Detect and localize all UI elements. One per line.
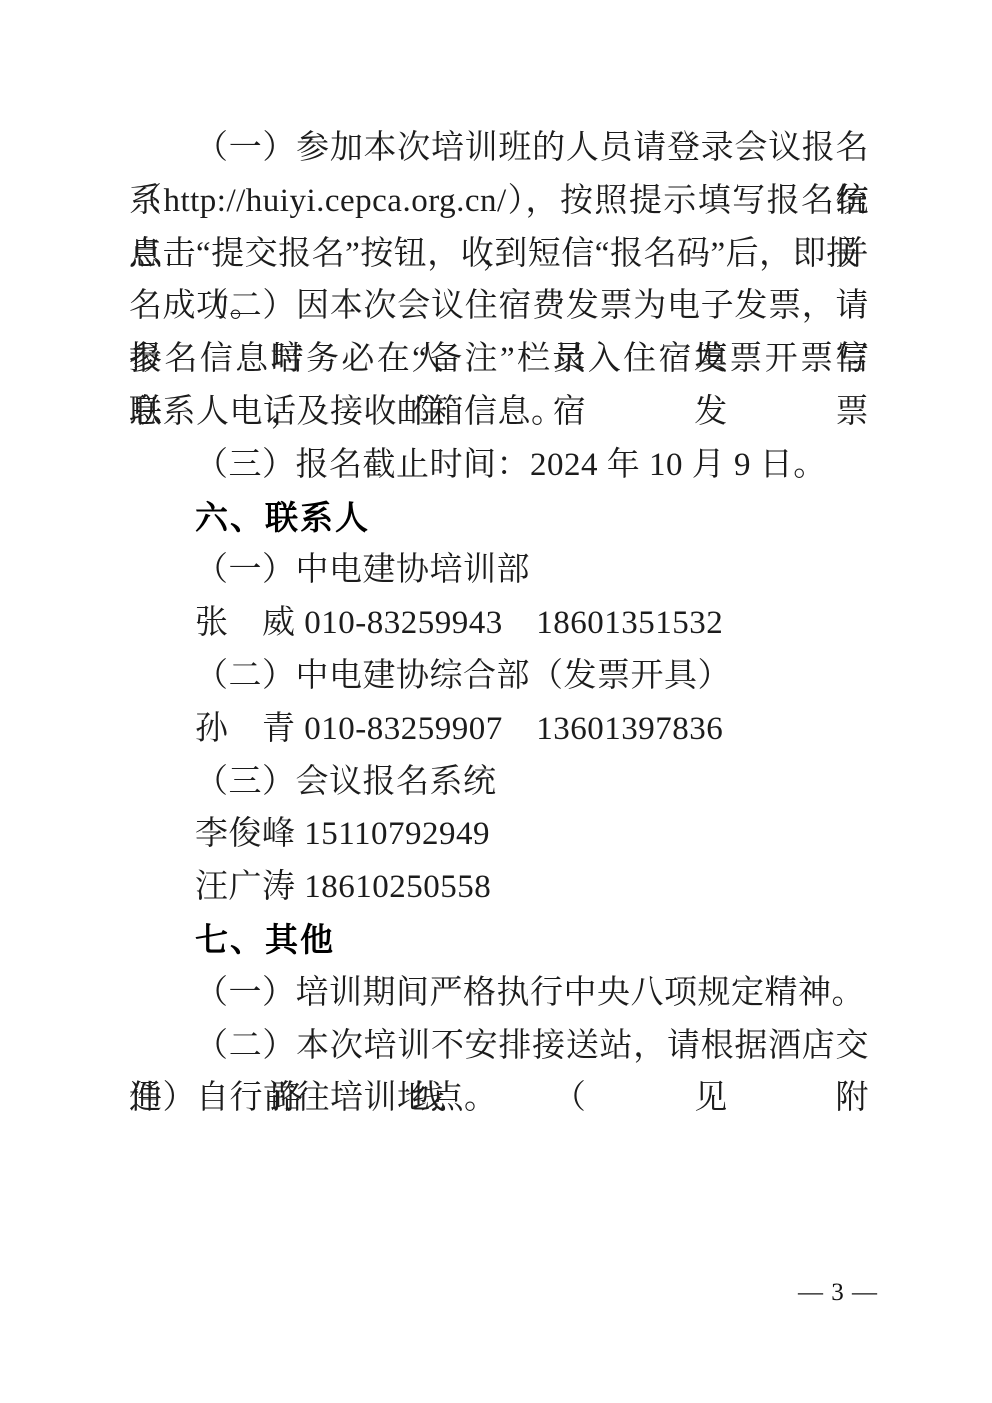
document-body: （一）参加本次培训班的人员请登录会议报名系统 （http://huiyi.cep… [129, 122, 869, 1125]
contact-line: 孙 青 010-83259907 13601397836 [129, 703, 869, 756]
text-line: （二）中电建协综合部（发票开具） [129, 650, 869, 703]
text-line: （一）培训期间严格执行中央八项规定精神。 [129, 967, 869, 1020]
text-line: 点击“提交报名”按钮，收到短信“报名码”后，即报名成功。 [129, 228, 869, 281]
text-line: 报名信息时务必在“备注”栏录入住宿发票开票信息，住宿发票 [129, 333, 869, 386]
text-line: （一）参加本次培训班的人员请登录会议报名系统 [129, 122, 869, 175]
contact-line: 李俊峰 15110792949 [129, 808, 869, 861]
text-line: （二）因本次会议住宿费发票为电子发票，请参培人员填写 [129, 280, 869, 333]
section-heading-other: 七、其他 [129, 914, 869, 967]
contact-line: 汪广涛 18610250558 [129, 861, 869, 914]
text-line: （二）本次培训不安排接送站，请根据酒店交通路线（见附 [129, 1020, 869, 1073]
text-line: （一）中电建协培训部 [129, 544, 869, 597]
page-number: — 3 — [798, 1278, 872, 1308]
text-line: （http://huiyi.cepca.org.cn/），按照提示填写报名信息，… [129, 175, 869, 228]
text-line: （三）会议报名系统 [129, 756, 869, 809]
document-page: （一）参加本次培训班的人员请登录会议报名系统 （http://huiyi.cep… [0, 0, 992, 1403]
contact-line: 张 威 010-83259943 18601351532 [129, 597, 869, 650]
text-line: （三）报名截止时间：2024 年 10 月 9 日。 [129, 439, 869, 492]
section-heading-contacts: 六、联系人 [129, 492, 869, 545]
